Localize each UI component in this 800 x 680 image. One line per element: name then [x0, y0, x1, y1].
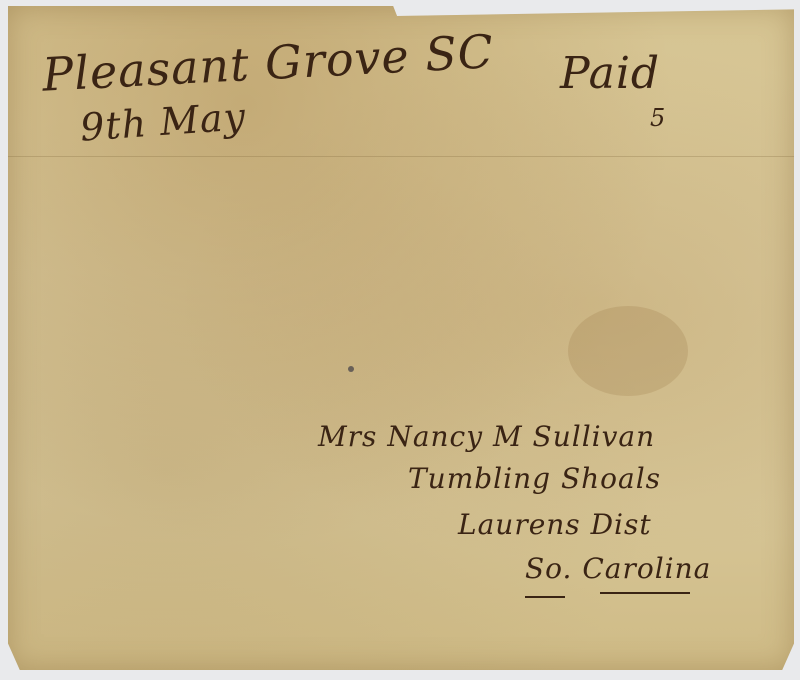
fold-line	[8, 156, 794, 157]
address-state: So. Carolina	[525, 552, 711, 585]
underline	[525, 596, 565, 598]
address-recipient: Mrs Nancy M Sullivan	[318, 420, 655, 453]
address-district: Laurens Dist	[458, 508, 652, 541]
underline	[600, 592, 690, 594]
ink-spot	[348, 366, 354, 372]
rate-amount: 5	[650, 104, 666, 132]
paid-marking: Paid	[560, 48, 660, 99]
stain	[568, 306, 688, 396]
address-town: Tumbling Shoals	[408, 462, 661, 495]
